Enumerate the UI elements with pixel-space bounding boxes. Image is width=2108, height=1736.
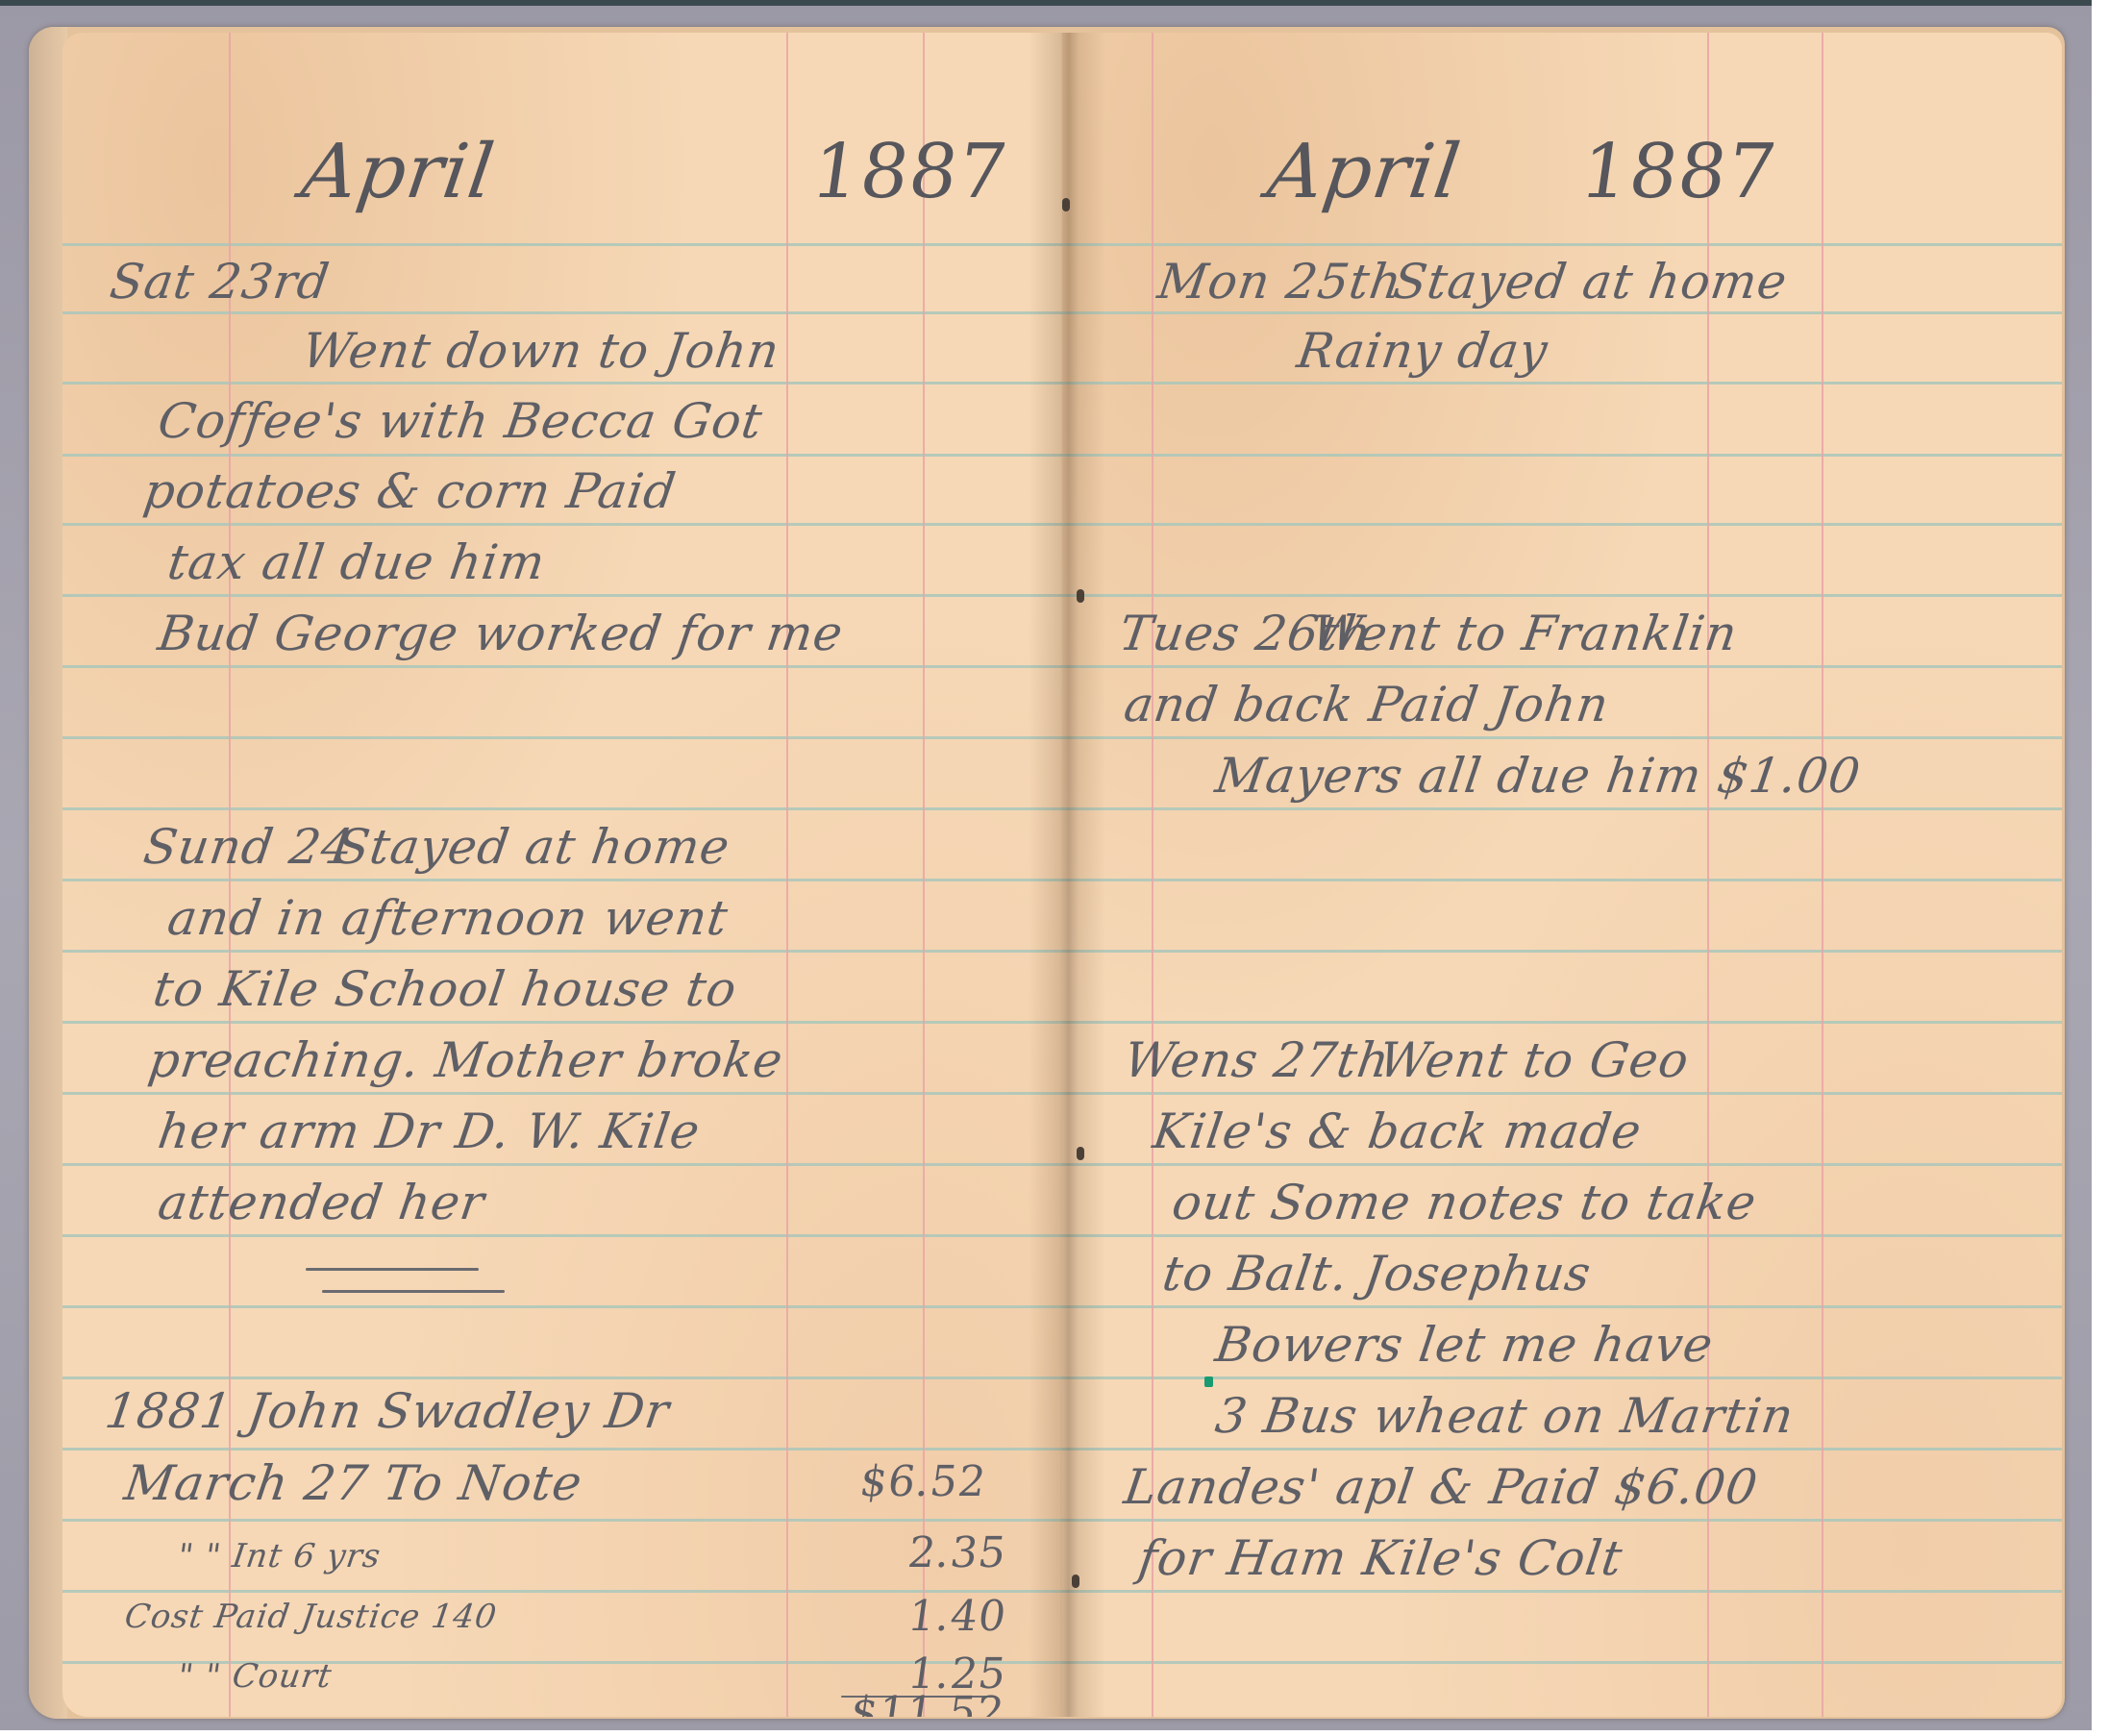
year-heading: 1887 xyxy=(1575,129,1782,215)
ledger-row-amount: 2.35 xyxy=(905,1528,1009,1577)
binding-stitch xyxy=(1062,198,1070,211)
rule-line xyxy=(1062,1092,2062,1095)
separator-underline xyxy=(306,1268,479,1271)
scanner-edge xyxy=(0,0,2092,6)
rule-line xyxy=(1062,1590,2062,1593)
rule-line xyxy=(62,1163,1070,1166)
rule-line xyxy=(62,1092,1070,1095)
entry-line: Mayers all due him $1.00 xyxy=(1212,748,1864,804)
entry-line: to Kile School house to xyxy=(150,961,740,1017)
entry-date: Mon 25th xyxy=(1154,254,1405,310)
rule-line xyxy=(62,523,1070,526)
rule-line xyxy=(62,1234,1070,1237)
entry-line: and back Paid John xyxy=(1121,677,1613,732)
month-heading: April xyxy=(297,129,500,215)
entry-line: and in afternoon went xyxy=(164,890,732,946)
rule-line xyxy=(62,736,1070,739)
entry-date: Sat 23rd xyxy=(107,254,334,310)
entry-line: Rainy day xyxy=(1294,323,1551,379)
margin-line xyxy=(1822,33,1823,1717)
entry-line: Coffee's with Becca Got xyxy=(155,393,766,449)
entry-line: out Some notes to take xyxy=(1169,1175,1760,1230)
rule-line xyxy=(62,1519,1070,1522)
rule-line xyxy=(1062,454,2062,457)
entry-date: Wens 27th xyxy=(1121,1032,1394,1088)
ledger-total: $11.52 xyxy=(847,1688,1007,1717)
rule-line xyxy=(1062,1305,2062,1308)
entry-line: tax all due him xyxy=(164,534,549,590)
rule-line xyxy=(62,454,1070,457)
entry-line: to Balt. Josephus xyxy=(1159,1246,1595,1302)
margin-line xyxy=(786,33,788,1717)
entry-line: Went to Franklin xyxy=(1308,606,1741,661)
ledger-row-label: " " Court xyxy=(175,1657,335,1696)
entry-line: 3 Bus wheat on Martin xyxy=(1212,1388,1798,1444)
month-heading: April xyxy=(1263,129,1466,215)
entry-line: Bowers let me have xyxy=(1212,1317,1717,1373)
entry-line: Kile's & back made xyxy=(1150,1104,1646,1159)
rule-line xyxy=(62,243,1070,246)
entry-line: Went down to John xyxy=(299,323,783,379)
separator-underline xyxy=(322,1290,505,1293)
rule-line xyxy=(62,311,1070,314)
rule-line xyxy=(1062,1448,2062,1451)
entry-line: preaching. Mother broke xyxy=(145,1032,787,1088)
ledger-row-amount: 1.40 xyxy=(905,1592,1009,1641)
rule-line xyxy=(1062,1234,2062,1237)
entry-line: Landes' apl & Paid $6.00 xyxy=(1121,1459,1762,1515)
left-page: April 1887 Sat 23rd Went down to John Co… xyxy=(62,33,1070,1717)
ledger-header: 1881 John Swadley Dr xyxy=(102,1383,673,1439)
rule-line xyxy=(62,1448,1070,1451)
ledger-row-label: March 27 To Note xyxy=(121,1455,586,1511)
ledger-row-amount: $6.52 xyxy=(856,1457,989,1506)
entry-line: Went to Geo xyxy=(1376,1032,1693,1088)
entry-line: Stayed at home xyxy=(1390,254,1791,310)
rule-line xyxy=(1062,807,2062,810)
book-cover-edge xyxy=(29,27,67,1719)
ledger-row-label: " " Int 6 yrs xyxy=(175,1537,384,1575)
rule-line xyxy=(62,1376,1070,1379)
rule-line xyxy=(1062,523,2062,526)
binding-stitch xyxy=(1077,589,1084,603)
entry-line: attended her xyxy=(155,1175,488,1230)
rule-line xyxy=(1062,879,2062,881)
rule-line xyxy=(62,1305,1070,1308)
entry-line: her arm Dr D. W. Kile xyxy=(155,1104,704,1159)
rule-line xyxy=(1062,1519,2062,1522)
rule-line xyxy=(62,950,1070,953)
rule-line xyxy=(62,1021,1070,1024)
entry-date: Sund 24 xyxy=(140,819,357,875)
rule-line xyxy=(1062,950,2062,953)
rule-line xyxy=(62,879,1070,881)
entry-line: for Ham Kile's Colt xyxy=(1135,1530,1626,1586)
rule-line xyxy=(1062,1661,2062,1664)
entry-line: potatoes & corn Paid xyxy=(140,463,680,519)
rule-line xyxy=(1062,243,2062,246)
ledger-row-label: Cost Paid Justice 140 xyxy=(122,1598,499,1636)
rule-line xyxy=(1062,1163,2062,1166)
entry-line: Stayed at home xyxy=(333,819,733,875)
rule-line xyxy=(1062,594,2062,597)
rule-line xyxy=(62,594,1070,597)
diary-book: April 1887 Sat 23rd Went down to John Co… xyxy=(29,27,2065,1719)
rule-line xyxy=(1062,1021,2062,1024)
binding-stitch xyxy=(1077,1147,1084,1160)
rule-line xyxy=(1062,665,2062,668)
year-heading: 1887 xyxy=(806,129,1013,215)
rule-line xyxy=(62,665,1070,668)
green-ink-mark xyxy=(1204,1376,1213,1387)
rule-line xyxy=(1062,736,2062,739)
rule-line xyxy=(1062,382,2062,384)
right-page: April 1887 Mon 25th Stayed at home Rainy… xyxy=(1062,33,2062,1717)
rule-line xyxy=(1062,311,2062,314)
binding-stitch xyxy=(1072,1575,1079,1588)
rule-line xyxy=(62,807,1070,810)
rule-line xyxy=(62,382,1070,384)
entry-line: Bud George worked for me xyxy=(155,606,847,661)
